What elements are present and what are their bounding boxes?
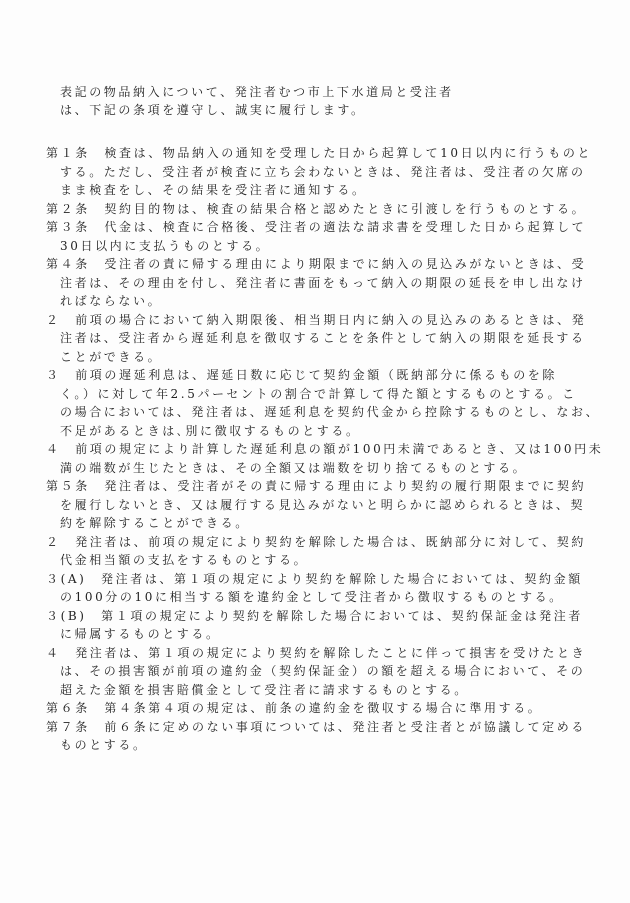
article-5-para-4-line-2: は、その損害額が前項の違約金（契約保証金）の額を超える場合において、その [60,664,585,678]
article-5-para-3b-line-2: に帰属するものとする。 [60,627,221,641]
article-6-line-1: 第６条 第４条第４項の規定は、前条の違約金を徴収する場合に準用する。 [46,701,542,715]
article-5-para-2-line-1: ２ 発注者は、前項の規定により契約を解除した場合は、既納部分に対して、契約 [46,535,586,549]
article-3-line-2: 30日以内に支払うものとする。 [60,239,270,253]
article-5-line-2: を履行しないとき、又は履行する見込みがないと明らかに認められるときは、契 [60,498,585,512]
article-4-para-2-line-3: ことができる。 [60,350,162,364]
article-1-line-1: 第１条 検査は、物品納入の通知を受理した日から起算して10日以内に行うものと [46,146,592,160]
contract-document-page: 表記の物品納入について、発注者むつ市上下水道局と受注者 は、下記の条項を遵守し、… [0,0,630,903]
article-4-para-2-line-1: ２ 前項の場合において納入期限後、相当期日内に納入の見込みのあるときは、発 [46,313,586,327]
article-4-para-2-line-2: 注者は、受注者から遅延利息を徴収することを条件として納入の期限を延長する [60,331,586,345]
article-1-line-3: まま検査をし、その結果を受注者に通知する。 [60,183,367,197]
article-5-para-3b-line-1: ３(B) 第１項の規定により契約を解除した場合においては、契約保証金は発注者 [46,609,583,623]
article-5-para-3a-line-2: の100分の10に相当する額を違約金として受注者から徴収するものとする。 [60,590,564,604]
article-4-line-1: 第４条 受注者の責に帰する理由により期限までに納入の見込みがないときは、受 [46,257,586,271]
article-7-line-2: ものとする。 [60,738,148,752]
article-4-para-4-line-2: 満の端数が生じたときは、その全額又は端数を切り捨てるものとする。 [60,461,527,475]
article-5-line-1: 第５条 発注者は、受注者がその責に帰する理由により契約の履行期限までに契約 [46,479,586,493]
article-5-para-4-line-3: 超えた金額を損害賠償金として受注者に請求するものとする。 [60,683,469,697]
article-5-para-4-line-1: ４ 発注者は、第１項の規定により契約を解除したことに伴って損害を受けたとき [46,646,586,660]
preamble-line-2: は、下記の条項を遵守し、誠実に履行します。 [60,103,366,117]
article-4-para-3-line-4: 不足があるときは､別に徴収するものとする。 [60,424,361,438]
article-7-line-1: 第７条 前６条に定めのない事項については、発注者と受注者とが協議して定める [46,720,586,734]
article-2-line-1: 第２条 契約目的物は、検査の結果合格と認めたときに引渡しを行うものとする。 [46,202,586,216]
article-4-para-4-line-1: ４ 前項の規定により計算した遅延利息の額が100円未満であるとき、又は100円未 [46,442,603,456]
article-4-para-3-line-1: ３ 前項の遅延利息は、遅延日数に応じて契約金額（既納部分に係るものを除 [46,368,557,382]
article-5-para-2-line-2: 代金相当額の支払をするものとする。 [60,553,308,567]
article-4-line-2: 注者は、その理由を付し、発注者に書面をもって納入の期限の延長を申し出なけ [60,276,586,290]
article-4-para-3-line-2: く。）に対して年2.5パーセントの割合で計算して得た額とするものとする。こ [60,387,577,401]
article-4-line-3: ればならない。 [60,294,162,308]
article-1-line-2: する。ただし、受注者が検査に立ち会わないときは、発注者は、受注者の欠席の [60,165,586,179]
article-5-line-3: 約を解除することができる。 [60,516,250,530]
article-3-line-1: 第３条 代金は、検査に合格後、受注者の適法な請求書を受理した日から起算して [46,220,586,234]
preamble-line-1: 表記の物品納入について、発注者むつ市上下水道局と受注者 [60,85,454,99]
article-5-para-3a-line-1: ３(A) 発注者は、第１項の規定により契約を解除した場合においては、契約金額 [46,572,583,586]
article-4-para-3-line-3: の場合においては、発注者は、遅延利息を契約代金から控除するものとし、なお、 [60,405,600,419]
